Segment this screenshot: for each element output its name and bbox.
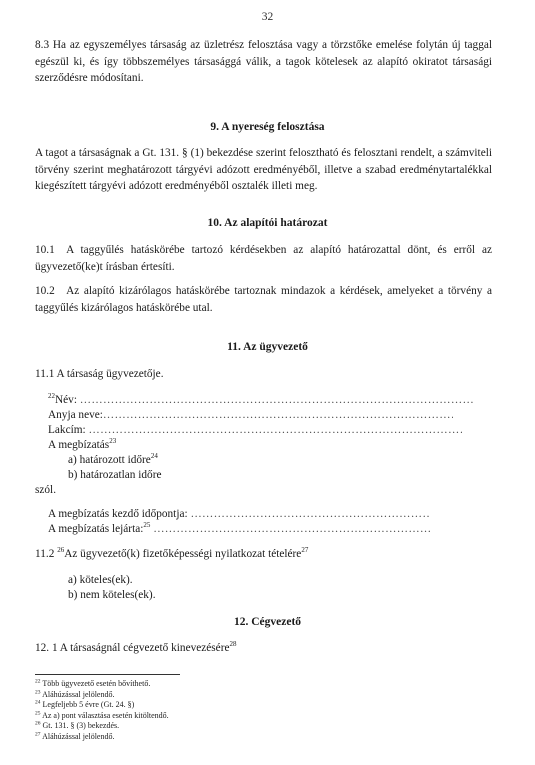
form-label-mandate-start: A megbízatás kezdő időpontja: — [48, 508, 190, 520]
page-number: 32 — [0, 11, 535, 23]
paragraph-11-2-text: Az ügyvezető(k) fizetőképességi nyilatko… — [64, 548, 301, 560]
mandate-label: A megbízatás23 — [48, 438, 116, 453]
footnote-23: 23 Aláhúzással jelölendő. — [35, 690, 114, 701]
form-field-address[interactable]: Lakcím: ……………………………………………………………………………………… — [48, 423, 462, 438]
footnote-ref: 28 — [229, 640, 236, 648]
footnote-text: Több ügyvezető esetén bővíthető. — [42, 679, 150, 688]
footnote-22: 22 Több ügyvezető esetén bővíthető. — [35, 679, 150, 690]
form-label-mother-name: Anyja neve: — [48, 409, 103, 421]
form-field-name[interactable]: 22Név: ………………………………………………………………………………………… — [48, 393, 475, 408]
footnote-24: 24 Legfeljebb 5 évre (Gt. 24. §) — [35, 700, 134, 711]
footnote-number: 22 — [35, 678, 41, 684]
paragraph-10-2: 10.2 Az alapító kizárólagos hatáskörébe … — [35, 283, 492, 316]
mandate-option-b[interactable]: b) határozatlan időre — [68, 468, 161, 483]
footnote-text: Legfeljebb 5 évre (Gt. 24. §) — [43, 700, 135, 709]
paragraph-9: A tagot a társaságnak a Gt. 131. § (1) b… — [35, 145, 492, 195]
form-label-address: Lakcím: — [48, 424, 88, 436]
form-label-mandate-end: A megbízatás lejárta: — [48, 523, 143, 535]
form-field-mother-name[interactable]: Anyja neve:……………………………………………………………………………… — [48, 408, 453, 423]
dot-leader: …………………………………………………………………………………………………………… — [103, 408, 453, 423]
footnote-25: 25 Az a) pont választása esetén kitölten… — [35, 711, 169, 722]
footnote-ref: 23 — [109, 437, 116, 445]
paragraph-10-1: 10.1 A taggyűlés hatáskörébe tartozó kér… — [35, 242, 492, 275]
mandate-option-a[interactable]: a) határozott időre24 — [68, 453, 158, 468]
footnote-ref: 22 — [48, 392, 55, 400]
form-field-mandate-end[interactable]: A megbízatás lejárta:25 …………………………………………… — [48, 522, 431, 537]
footnote-text: Gt. 131. § (3) bekezdés. — [43, 721, 120, 730]
solvency-option-b[interactable]: b) nem köteles(ek). — [68, 588, 156, 603]
heading-section-11: 11. Az ügyvezető — [0, 341, 535, 353]
footnote-text: Az a) pont választása esetén kitöltendő. — [42, 711, 169, 720]
paragraph-12-1-text: 12. 1 A társaságnál cégvezető kinevezésé… — [35, 642, 229, 654]
heading-section-10: 10. Az alapítói határozat — [0, 217, 535, 229]
dot-leader: …………………………………………………………………………………………………………… — [80, 393, 475, 408]
paragraph-8-3: 8.3 Ha az egyszemélyes társaság az üzlet… — [35, 37, 492, 87]
mandate-label-text: A megbízatás — [48, 439, 109, 451]
paragraph-11-2: 11.2 26Az ügyvezető(k) fizetőképességi n… — [35, 547, 308, 562]
heading-section-12: 12. Cégvezető — [0, 616, 535, 628]
footnote-separator — [35, 674, 180, 675]
footnote-text: Aláhúzással jelölendő. — [42, 690, 114, 699]
dot-leader: …………………………………………………………………………………………………………… — [153, 522, 431, 537]
mandate-suffix: szól. — [35, 483, 56, 498]
heading-section-9: 9. A nyereség felosztása — [0, 121, 535, 133]
footnote-ref: 25 — [143, 521, 150, 529]
mandate-option-a-text: a) határozott időre — [68, 454, 151, 466]
footnote-26: 26 Gt. 131. § (3) bekezdés. — [35, 721, 119, 732]
footnote-number: 27 — [35, 731, 41, 737]
footnote-number: 25 — [35, 710, 41, 716]
form-label-name: Név: — [55, 394, 80, 406]
footnote-27: 27 Aláhúzással jelölendő. — [35, 732, 114, 743]
footnote-number: 24 — [35, 699, 41, 705]
dot-leader: …………………………………………………………………………………………………………… — [88, 423, 462, 438]
footnote-text: Aláhúzással jelölendő. — [42, 732, 114, 741]
paragraph-11-1: 11.1 A társaság ügyvezetője. — [35, 367, 164, 382]
footnote-ref: 27 — [301, 546, 308, 554]
form-field-mandate-start[interactable]: A megbízatás kezdő időpontja: …………………………… — [48, 507, 430, 522]
paragraph-11-2-number: 11.2 — [35, 548, 57, 560]
document-page: 32 8.3 Ha az egyszemélyes társaság az üz… — [0, 0, 535, 765]
solvency-option-a[interactable]: a) köteles(ek). — [68, 573, 133, 588]
footnote-number: 26 — [35, 720, 41, 726]
footnote-number: 23 — [35, 689, 41, 695]
footnote-ref: 24 — [151, 452, 158, 460]
paragraph-12-1: 12. 1 A társaságnál cégvezető kinevezésé… — [35, 641, 236, 656]
dot-leader: …………………………………………………………………………………………………………… — [190, 507, 430, 522]
